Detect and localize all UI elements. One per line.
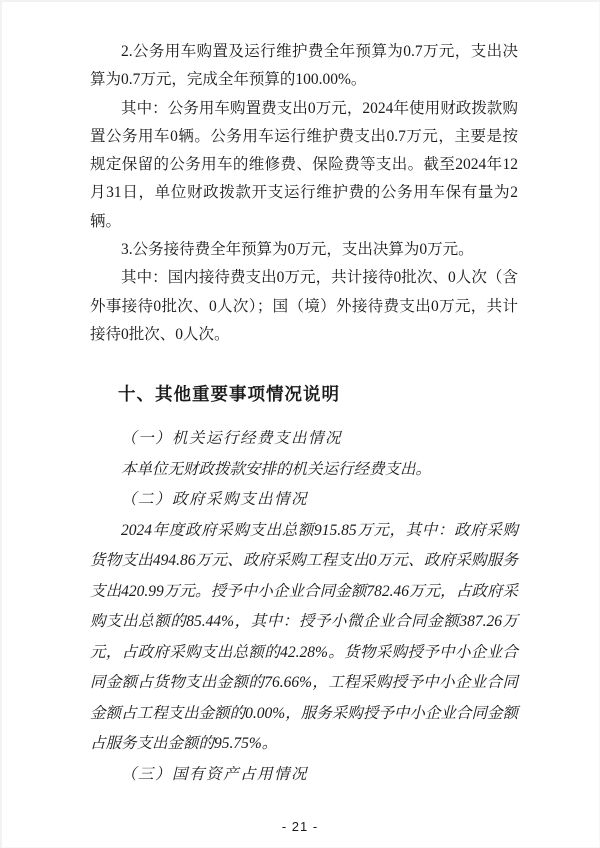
paragraph-vehicle-detail: 其中：公务用车购置费支出0万元，2024年使用财政拨款购置公务用车0辆。公务用车… bbox=[90, 95, 518, 236]
paragraph-reception-detail: 其中：国内接待费支出0万元，共计接待0批次、0人次（含外事接待0批次、0人次）；… bbox=[90, 264, 518, 349]
subsection-3-title: （三）国有资产占用情况 bbox=[90, 760, 518, 791]
paragraph-vehicle-budget: 2.公务用车购置及运行维护费全年预算为0.7万元，支出决算为0.7万元，完成全年… bbox=[90, 38, 518, 95]
document-page: 2.公务用车购置及运行维护费全年预算为0.7万元，支出决算为0.7万元，完成全年… bbox=[0, 0, 600, 848]
subsection-1-title: （一）机关运行经费支出情况 bbox=[90, 424, 518, 455]
subsections-block: （一）机关运行经费支出情况 本单位无财政拨款安排的机关运行经费支出。 （二）政府… bbox=[90, 424, 518, 790]
subsection-2-title: （二）政府采购支出情况 bbox=[90, 485, 518, 516]
subsection-1-body: 本单位无财政拨款安排的机关运行经费支出。 bbox=[90, 455, 518, 486]
page-number: - 21 - bbox=[0, 820, 600, 834]
paragraph-reception-budget: 3.公务接待费全年预算为0万元，支出决算为0万元。 bbox=[90, 236, 518, 264]
section-ten-heading: 十、其他重要事项情况说明 bbox=[90, 381, 518, 407]
subsection-2-body: 2024年度政府采购支出总额915.85万元，其中：政府采购货物支出494.86… bbox=[90, 516, 518, 760]
